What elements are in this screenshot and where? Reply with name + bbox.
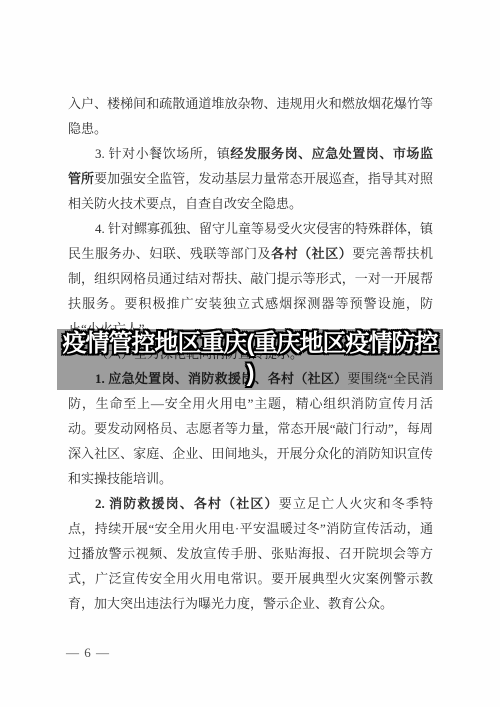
paragraph-bold-run: 各村（社区） bbox=[271, 246, 352, 261]
paragraph: 3. 针对小餐饮场所，镇经发服务岗、应急处置岗、市场监管所要加强安全监管，发动基… bbox=[68, 141, 433, 216]
document-page: 入户、楼梯间和疏散通道堆放杂物、违规用火和燃放烟花爆竹等隐患。3. 针对小餐饮场… bbox=[0, 0, 500, 707]
paragraph-bold-run: 2. 消防救援岗、各村（社区） bbox=[95, 496, 279, 511]
paragraph-text-run: 入户、楼梯间和疏散通道堆放杂物、违规用火和燃放烟花爆竹等隐患。 bbox=[68, 96, 433, 136]
paragraph: 4. 针对鳏寡孤独、留守儿童等易受火灾侵害的特殊群体，镇民生服务办、妇联、残联等… bbox=[68, 216, 433, 341]
paragraph-text-run: 要立足亡人火灾和冬季特点，持续开展“安全用火用电·平安温暖过冬”消防宣传活动，通… bbox=[68, 496, 433, 611]
paragraph-text-run: 要加强安全监管，发动基层力量常态开展巡查，指导其对照相关防火技术要点，自查自改安… bbox=[68, 171, 433, 211]
paragraph: 2. 消防救援岗、各村（社区）要立足亡人火灾和冬季特点，持续开展“安全用火用电·… bbox=[68, 491, 433, 616]
title-overlay-line2: ) bbox=[57, 359, 443, 389]
title-overlay-banner: 疫情管控地区重庆(重庆地区疫情防控 ) bbox=[57, 329, 443, 390]
title-overlay-line1: 疫情管控地区重庆(重庆地区疫情防控 bbox=[57, 329, 443, 359]
paragraph: 入户、楼梯间和疏散通道堆放杂物、违规用火和燃放烟花爆竹等隐患。 bbox=[68, 91, 433, 141]
paragraph-text-run: 3. 针对小餐饮场所，镇 bbox=[95, 146, 230, 161]
page-number: — 6 — bbox=[66, 645, 110, 661]
